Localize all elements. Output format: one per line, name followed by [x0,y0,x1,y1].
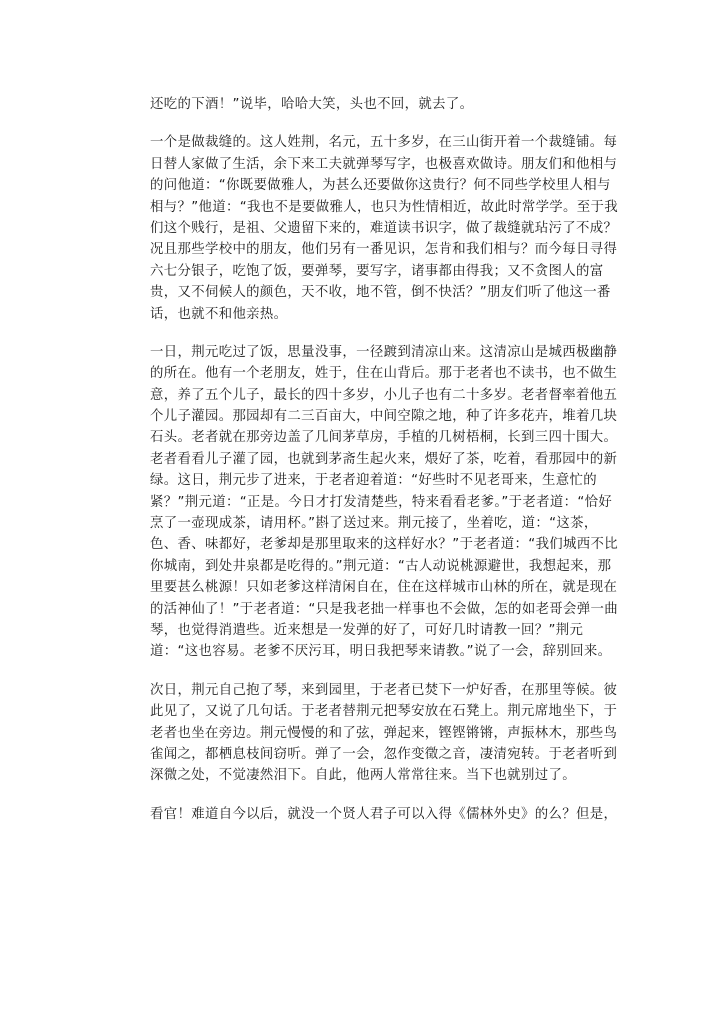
text-line: 看官！难道自今以后，就没一个贤人君子可以入得《儒林外史》的么？但是， [150,804,590,825]
text-line: 的所在。他有一个老朋友，姓于，住在山背后。那于老者也不读书，也不做生 [150,363,590,384]
text-line: 老者也坐在旁边。荆元慢慢的和了弦，弹起来，铿铿锵锵，声振林木，那些鸟 [150,723,590,744]
text-line: 雀闻之，都栖息枝间窃听。弹了一会，忽作变徵之音，凄清宛转。于老者听到 [150,744,590,765]
text-line: 你城南，到处井泉都是吃得的。”荆元道：“古人动说桃源避世，我想起来，那 [150,556,590,577]
text-line: 话，也就不和他亲热。 [150,304,590,325]
paragraph-next-day-qin: 次日，荆元自己抱了琴，来到园里，于老者已焚下一炉好香，在那里等候。彼 此见了，又… [150,680,590,787]
text-line: 个儿子灌园。那园却有二三百亩大，中间空隙之地，种了许多花卉，堆着几块 [150,406,590,427]
text-line: 石头。老者就在那旁边盖了几间茅草房，手植的几树梧桐，长到三四十围大。 [150,427,590,448]
text-line: 色、香、味都好，老爹却是那里取来的这样好水？”于老者道：“我们城西不比 [150,534,590,555]
text-line: 次日，荆元自己抱了琴，来到园里，于老者已焚下一炉好香，在那里等候。彼 [150,680,590,701]
text-line: 一日，荆元吃过了饭，思量没事，一径踱到清凉山来。这清凉山是城西极幽静 [150,342,590,363]
text-line: 绿。这日，荆元步了进来，于老者迎着道：“好些时不见老哥来，生意忙的 [150,470,590,491]
text-block: 还吃的下酒！”说毕，哈哈大笑，头也不回，就去了。 一个是做裁缝的。这人姓荆，名元… [150,94,590,825]
text-line: 里要甚么桃源！只如老爹这样清闲自在，住在这样城市山林的所在，就是现在 [150,577,590,598]
paragraph-reader-address: 看官！难道自今以后，就没一个贤人君子可以入得《儒林外史》的么？但是， [150,804,590,825]
text-line: 六七分银子，吃饱了饭，要弹琴，要写字，诸事都由得我；又不贪图人的富 [150,261,590,282]
text-line: 深微之处，不觉凄然泪下。自此，他两人常常往来。当下也就别过了。 [150,765,590,786]
text-line: 道：“这也容易。老爹不厌污耳，明日我把琴来请教。”说了一会，辞别回来。 [150,641,590,662]
text-line: 贵，又不伺候人的颜色，天不收，地不管，倒不快活？”朋友们听了他这一番 [150,282,590,303]
text-line: 此见了，又说了几句话。于老者替荆元把琴安放在石凳上。荆元席地坐下，于 [150,701,590,722]
paragraph-qingliang-mountain: 一日，荆元吃过了饭，思量没事，一径踱到清凉山来。这清凉山是城西极幽静 的所在。他… [150,342,590,663]
text-line: 还吃的下酒！”说毕，哈哈大笑，头也不回，就去了。 [150,94,590,115]
text-line: 老者看看儿子灌了园，也就到茅斋生起火来，煨好了茶，吃着，看那园中的新 [150,449,590,470]
text-line: 况且那些学校中的朋友，他们另有一番见识，怎肯和我们相与？而今每日寻得 [150,239,590,260]
text-line: 的问他道：“你既要做雅人，为甚么还要做你这贵行？何不同些学校里人相与 [150,175,590,196]
text-line: 们这个贱行，是祖、父遗留下来的，难道读书识字，做了裁缝就玷污了不成？ [150,218,590,239]
text-line: 日替人家做了生活，余下来工夫就弹琴写字，也极喜欢做诗。朋友们和他相与 [150,154,590,175]
text-line: 的活神仙了！”于老者道：“只是我老拙一样事也不会做，怎的如老哥会弹一曲 [150,599,590,620]
text-line: 意，养了五个儿子，最长的四十多岁，小儿子也有二十多岁。老者督率着他五 [150,385,590,406]
text-line: 相与？”他道：“我也不是要做雅人，也只为性情相近，故此时常学学。至于我 [150,197,590,218]
paragraph-closing-previous: 还吃的下酒！”说毕，哈哈大笑，头也不回，就去了。 [150,94,590,115]
text-line: 琴，也觉得消遣些。近来想是一发弹的好了，可好几时请教一回？”荆元 [150,620,590,641]
document-page: 还吃的下酒！”说毕，哈哈大笑，头也不回，就去了。 一个是做裁缝的。这人姓荆，名元… [0,0,724,1024]
text-line: 烹了一壶现成茶，请用杯。”斟了送过来。荆元接了，坐着吃，道：“这茶， [150,513,590,534]
text-line: 紧？”荆元道：“正是。今日才打发清楚些，特来看看老爹。”于老者道：“恰好 [150,492,590,513]
text-line: 一个是做裁缝的。这人姓荆，名元，五十多岁，在三山街开着一个裁缝铺。每 [150,132,590,153]
paragraph-jing-yuan-tailor: 一个是做裁缝的。这人姓荆，名元，五十多岁，在三山街开着一个裁缝铺。每 日替人家做… [150,132,590,325]
